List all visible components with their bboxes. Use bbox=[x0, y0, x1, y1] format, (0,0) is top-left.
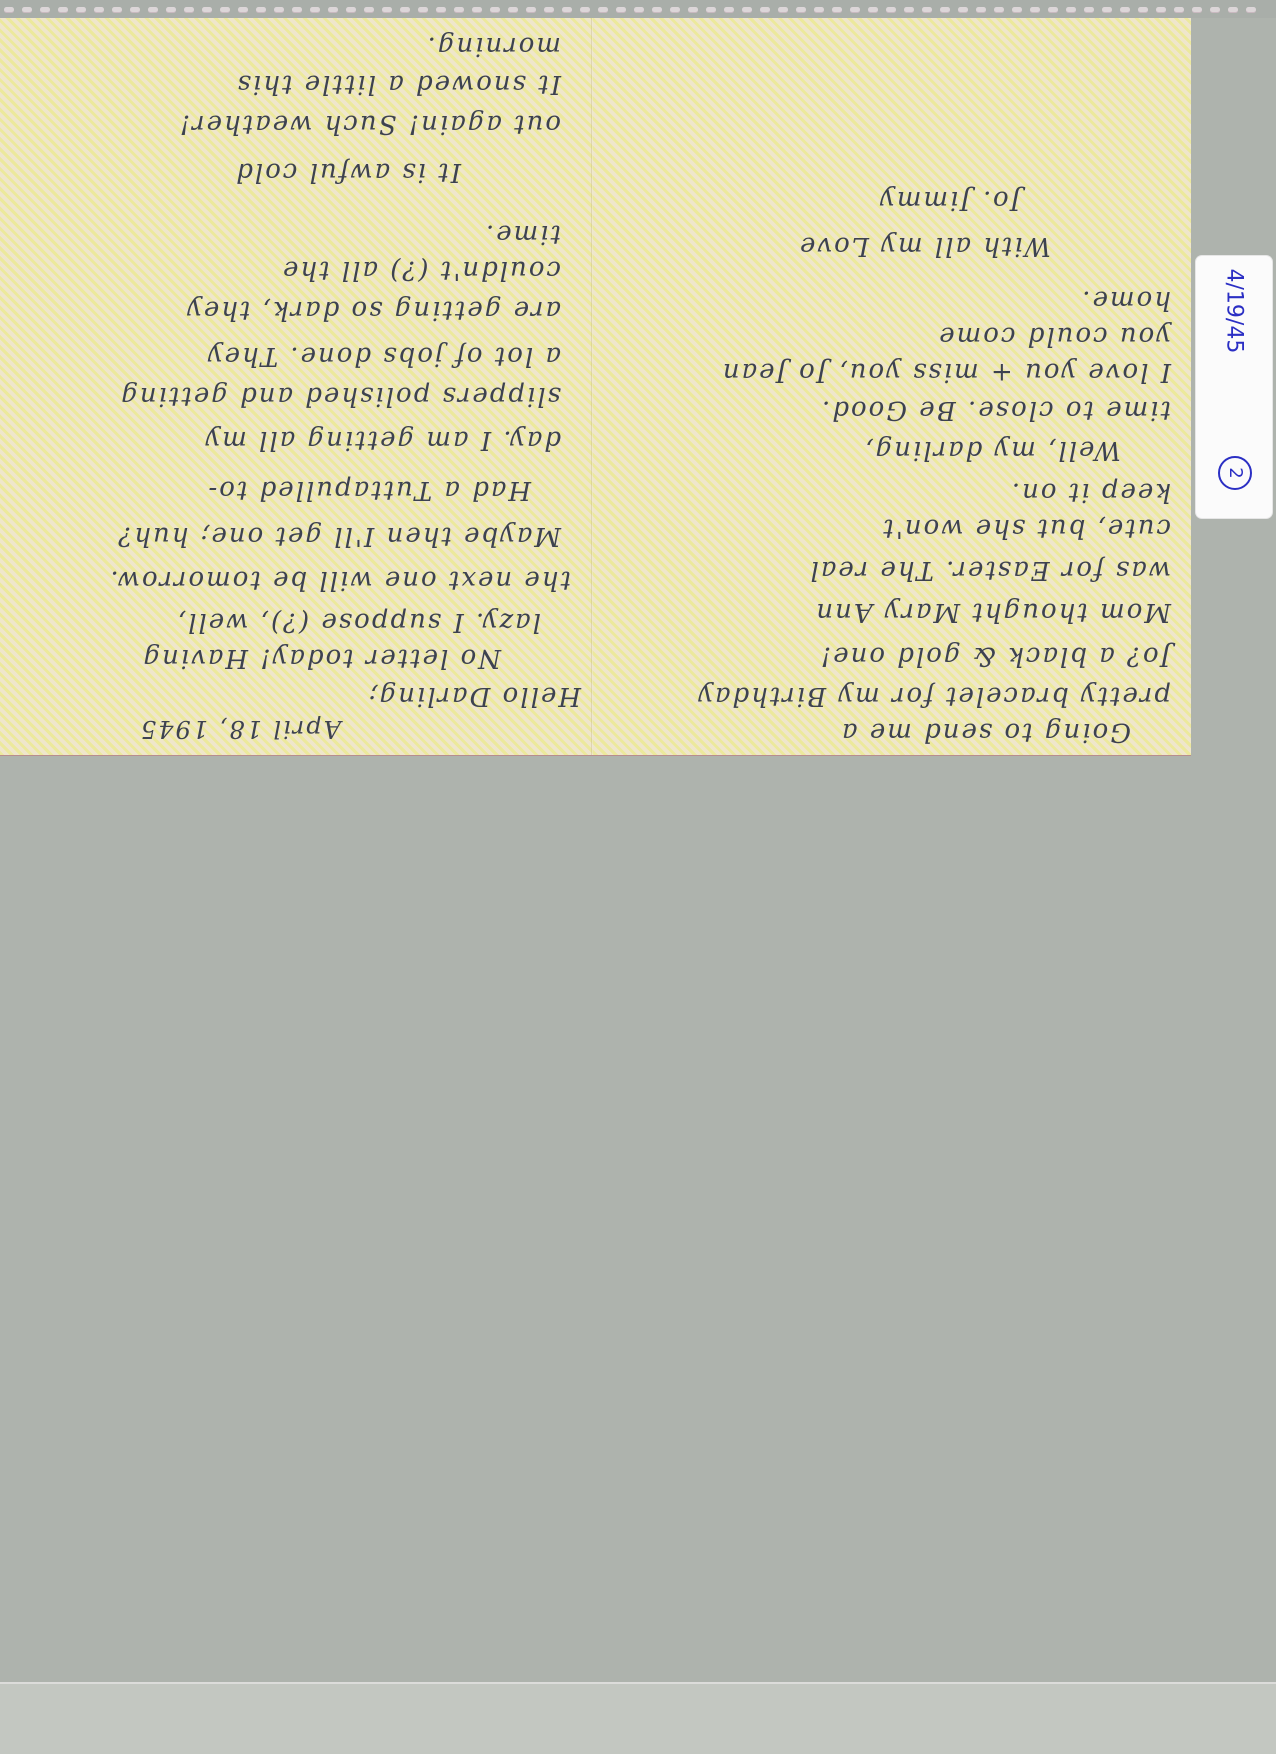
sleeve-perforation bbox=[166, 7, 176, 12]
letter-line: Hello Darling; bbox=[367, 681, 581, 711]
letter-right-page: Going to send me a pretty bracelet for m… bbox=[593, 18, 1191, 755]
sleeve-perforation bbox=[274, 7, 284, 12]
letter-line: home. bbox=[1080, 285, 1171, 315]
sleeve-perforation bbox=[1210, 7, 1220, 12]
letter-line: lazy. I suppose (?), well, bbox=[176, 607, 541, 637]
sleeve-perforation bbox=[994, 7, 1004, 12]
sleeve-perforation bbox=[364, 7, 374, 12]
sleeve-perforation bbox=[346, 7, 356, 12]
sleeve-perforation bbox=[184, 7, 194, 12]
sleeve-perforation bbox=[1066, 7, 1076, 12]
sleeve-perforation bbox=[814, 7, 824, 12]
sleeve-perforation bbox=[832, 7, 842, 12]
sleeve-perforation bbox=[976, 7, 986, 12]
sleeve-perforation bbox=[58, 7, 68, 12]
letter-sheet: April 18, 1945 Hello Darling; No letter … bbox=[0, 18, 1191, 755]
sleeve-perforation bbox=[850, 7, 860, 12]
sleeve-perforation bbox=[562, 7, 572, 12]
letter-date: April 18, 1945 bbox=[139, 715, 341, 743]
letter-signoff: With all my Love bbox=[798, 231, 1051, 261]
sleeve-perforation bbox=[1156, 7, 1166, 12]
sleeve-bottom-edge bbox=[0, 1682, 1276, 1754]
sleeve-perforation bbox=[220, 7, 230, 12]
sleeve-perforation bbox=[922, 7, 932, 12]
letter-line: morning. bbox=[426, 31, 561, 61]
letter-line: a lot of jobs done. They bbox=[206, 341, 561, 371]
sleeve-perforation bbox=[598, 7, 608, 12]
sleeve-perforation bbox=[1228, 7, 1238, 12]
sleeve-perforation bbox=[904, 7, 914, 12]
letter-line: keep it on. bbox=[1010, 477, 1171, 507]
sleeve-perforation bbox=[292, 7, 302, 12]
letter-line: you could come bbox=[937, 321, 1171, 351]
sleeve-perforation bbox=[526, 7, 536, 12]
letter-line: slippers polished and getting bbox=[119, 381, 561, 411]
sleeve-perforation bbox=[436, 7, 446, 12]
sleeve-perforation bbox=[130, 7, 140, 12]
archive-label: 4/19/45 2 bbox=[1196, 256, 1272, 518]
sleeve-perforation bbox=[1102, 7, 1112, 12]
letter-left-page: April 18, 1945 Hello Darling; No letter … bbox=[0, 18, 591, 755]
sleeve-perforation bbox=[1084, 7, 1094, 12]
letter-line: It is awful cold bbox=[234, 157, 461, 187]
sleeve-perforation bbox=[1138, 7, 1148, 12]
sleeve-perforation bbox=[796, 7, 806, 12]
letter-line: Jo? a black & gold one! bbox=[819, 641, 1171, 671]
sleeve-perforation bbox=[382, 7, 392, 12]
sleeve-perforation bbox=[454, 7, 464, 12]
sleeve-perforation bbox=[742, 7, 752, 12]
sleeve-perforation bbox=[4, 7, 14, 12]
sleeve-perforation bbox=[958, 7, 968, 12]
letter-line: was for Easter. The real bbox=[809, 555, 1171, 585]
sleeve-perforation bbox=[328, 7, 338, 12]
letter-line: Had a Tuttapulled to- bbox=[206, 475, 531, 505]
sleeve-perforation bbox=[22, 7, 32, 12]
letter-signature: Jo. Jimmy bbox=[878, 185, 1021, 215]
letter-line: Mom thought Mary Ann bbox=[814, 597, 1171, 627]
letter-line: time. bbox=[484, 219, 561, 249]
sleeve-top-edge bbox=[0, 0, 1276, 18]
sleeve-perforation bbox=[238, 7, 248, 12]
archive-label-date: 4/19/45 bbox=[1222, 269, 1247, 349]
sleeve-perforation bbox=[94, 7, 104, 12]
sleeve-perforation bbox=[472, 7, 482, 12]
sleeve-perforation bbox=[634, 7, 644, 12]
letter-line: It snowed a little this bbox=[236, 69, 561, 99]
sleeve-perforation bbox=[400, 7, 410, 12]
letter-line: are getting so dark, they bbox=[185, 295, 561, 325]
sleeve-perforation bbox=[724, 7, 734, 12]
letter-line: cute, but she won't bbox=[881, 513, 1171, 543]
sleeve-perforation bbox=[1012, 7, 1022, 12]
letter-line: Well, my darling, bbox=[863, 435, 1121, 465]
sleeve-perforation bbox=[148, 7, 158, 12]
sleeve-perforation bbox=[886, 7, 896, 12]
sleeve-perforation bbox=[418, 7, 428, 12]
sleeve-perforation bbox=[778, 7, 788, 12]
archive-label-number: 2 bbox=[1218, 456, 1252, 490]
letter-line: couldn't (?) all the bbox=[281, 255, 561, 285]
sleeve-perforation bbox=[1048, 7, 1058, 12]
sleeve-perforation bbox=[544, 7, 554, 12]
sleeve-perforation bbox=[1030, 7, 1040, 12]
sleeve-perforation bbox=[706, 7, 716, 12]
sleeve-perforation bbox=[310, 7, 320, 12]
letter-line: No letter today! Having bbox=[141, 643, 501, 673]
sleeve-perforation bbox=[202, 7, 212, 12]
sleeve-perforation bbox=[616, 7, 626, 12]
sleeve-perforation bbox=[508, 7, 518, 12]
sleeve-perforation bbox=[1174, 7, 1184, 12]
letter-line: out again! Such weather! bbox=[178, 109, 561, 139]
sleeve-perforation bbox=[1246, 7, 1256, 12]
sleeve-perforation bbox=[76, 7, 86, 12]
letter-line: pretty bracelet for my Birthday bbox=[696, 681, 1171, 711]
letter-line: time to close. Be Good. bbox=[820, 395, 1171, 425]
sleeve-perforation bbox=[580, 7, 590, 12]
sleeve-perforation bbox=[1120, 7, 1130, 12]
sleeve-perforation bbox=[112, 7, 122, 12]
sleeve-perforation bbox=[940, 7, 950, 12]
sleeve-perforation bbox=[40, 7, 50, 12]
sleeve-perforation bbox=[670, 7, 680, 12]
letter-line: day. I am getting all my bbox=[204, 425, 562, 455]
sleeve-perforation bbox=[868, 7, 878, 12]
letter-line: the next one will be tomorrow. bbox=[108, 565, 571, 595]
sleeve-perforation bbox=[688, 7, 698, 12]
sleeve-perforation bbox=[1192, 7, 1202, 12]
sleeve-perforation bbox=[652, 7, 662, 12]
letter-line: Maybe then I'll get one; huh? bbox=[116, 521, 561, 551]
sleeve-perforation bbox=[760, 7, 770, 12]
letter-line: Going to send me a bbox=[840, 717, 1131, 747]
sleeve-perforation bbox=[256, 7, 266, 12]
letter-line: I love you + miss you, Jo Jean bbox=[721, 357, 1171, 387]
sleeve-perforation bbox=[490, 7, 500, 12]
